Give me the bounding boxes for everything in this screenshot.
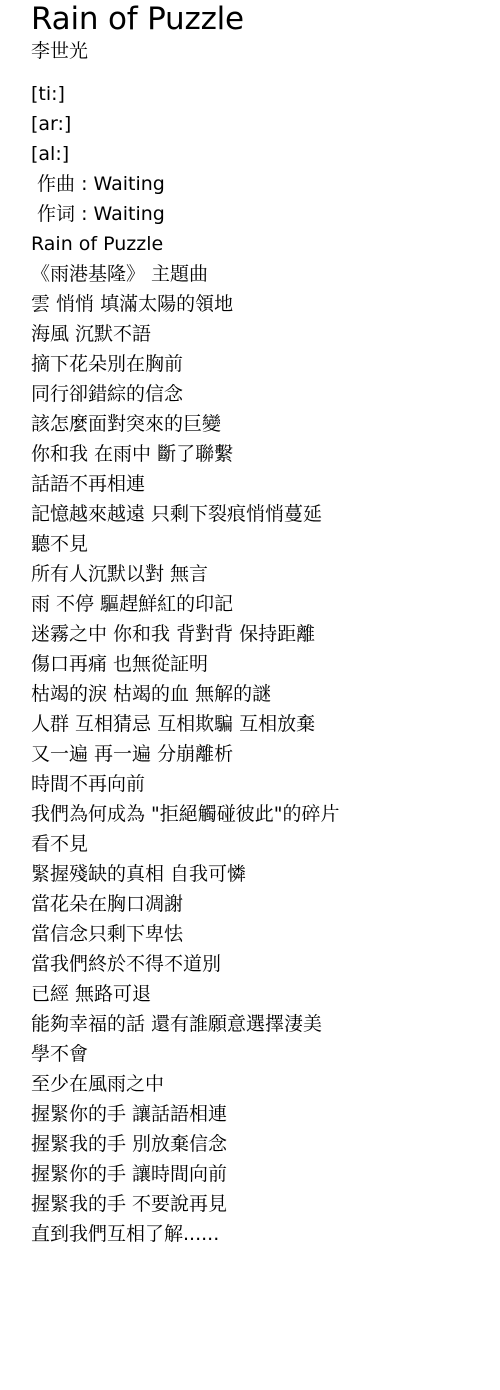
lyric-line: 同行卻錯綜的信念 [31,379,491,409]
lyric-line: 握緊你的手 讓話語相連 [31,1099,491,1129]
lyric-line: 當花朵在胸口凋謝 [31,889,491,919]
lyric-line: 枯竭的淚 枯竭的血 無解的謎 [31,679,491,709]
lyric-line: Rain of Puzzle [31,229,491,259]
lyric-line: 又一遍 再一遍 分崩離析 [31,739,491,769]
lyric-line: 該怎麼面對突來的巨變 [31,409,491,439]
lyric-line: 緊握殘缺的真相 自我可憐 [31,859,491,889]
lyric-line: 看不見 [31,829,491,859]
lyric-line: 已經 無路可退 [31,979,491,1009]
lyric-line: 握緊我的手 不要說再見 [31,1189,491,1219]
lyric-line: 當我們終於不得不道別 [31,949,491,979]
lyric-line: 作曲 : Waiting [31,169,491,199]
lyric-line: [ti:] [31,79,491,109]
lyric-line: 握緊你的手 讓時間向前 [31,1159,491,1189]
lyric-line: [al:] [31,139,491,169]
lyrics-page: Rain of Puzzle 李世光 [ti:][ar:][al:] 作曲 : … [31,0,491,1265]
lyric-line: 當信念只剩下卑怯 [31,919,491,949]
lyric-line: 記憶越來越遠 只剩下裂痕悄悄蔓延 [31,499,491,529]
lyric-line: 人群 互相猜忌 互相欺騙 互相放棄 [31,709,491,739]
lyric-line: 至少在風雨之中 [31,1069,491,1099]
song-title: Rain of Puzzle [31,0,491,38]
lyric-line: 所有人沉默以對 無言 [31,559,491,589]
song-artist: 李世光 [31,38,491,64]
lyric-line: 你和我 在雨中 斷了聯繫 [31,439,491,469]
lyric-line: 時間不再向前 [31,769,491,799]
lyric-line: 雨 不停 驅趕鮮紅的印記 [31,589,491,619]
lyric-line: 話語不再相連 [31,469,491,499]
lyric-line: 雲 悄悄 填滿太陽的領地 [31,289,491,319]
lyrics-list: [ti:][ar:][al:] 作曲 : Waiting 作词 : Waitin… [31,79,491,1249]
lyric-line: 能夠幸福的話 還有誰願意選擇淒美 [31,1009,491,1039]
lyric-line: 迷霧之中 你和我 背對背 保持距離 [31,619,491,649]
lyric-line: 握緊我的手 別放棄信念 [31,1129,491,1159]
lyric-line: 我們為何成為 "拒絕觸碰彼此"的碎片 [31,799,491,829]
lyric-line: 海風 沉默不語 [31,319,491,349]
lyric-line: [ar:] [31,109,491,139]
lyric-line: 《雨港基隆》 主題曲 [31,259,491,289]
lyric-line: 作词 : Waiting [31,199,491,229]
lyric-line: 摘下花朵別在胸前 [31,349,491,379]
lyric-line: 聽不見 [31,529,491,559]
lyric-line: 學不會 [31,1039,491,1069]
lyric-line: 直到我們互相了解...... [31,1219,491,1249]
lyric-line: 傷口再痛 也無從証明 [31,649,491,679]
